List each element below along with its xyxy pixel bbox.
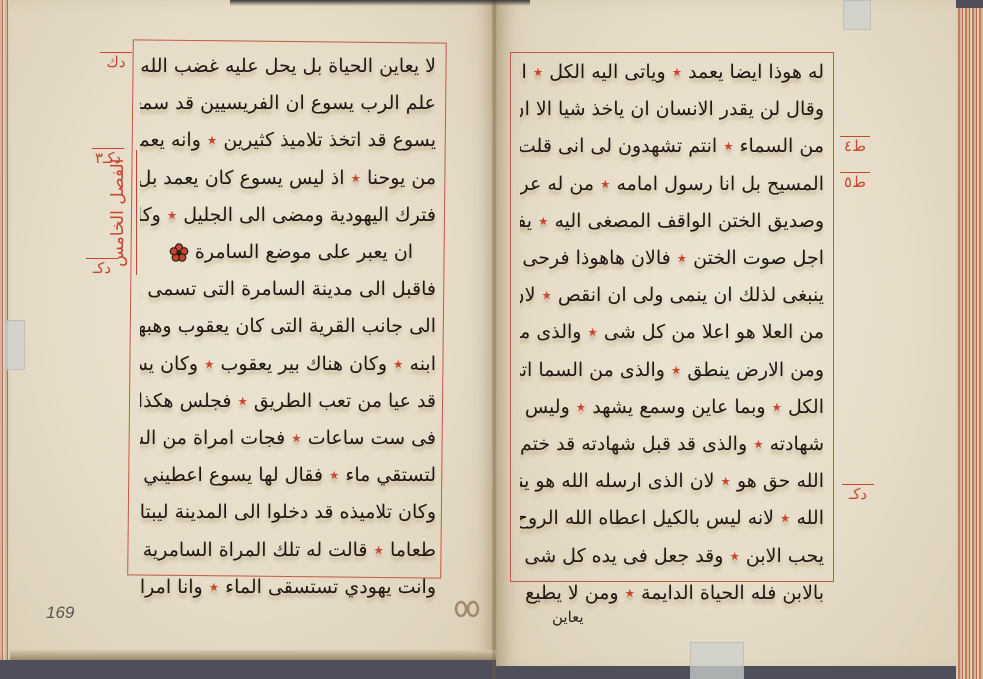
text-line: الى جانب القرية التى كان يعقوب وهبها ليو…: [140, 308, 436, 345]
verse-marker: ٭: [393, 353, 403, 375]
text-line-with-rosette: ان يعبر على موضع السامرة: [140, 234, 436, 271]
fore-edge: [956, 8, 983, 679]
margin-note: دكـ: [842, 484, 874, 502]
verse-marker: ٭: [576, 396, 586, 418]
verse-marker: ٭: [351, 167, 361, 189]
margin-note: ط٥: [840, 172, 870, 190]
text-line: وكان تلاميذه قد دخلوا الى المدينة ليبتاع…: [140, 494, 436, 531]
text-line: وقال لن يقدر الانسان ان ياخذ شيا الا ان …: [520, 91, 824, 128]
verse-marker: ٭: [207, 129, 217, 151]
text-line: لا يعاين الحياة بل يحل عليه غضب الله ٭ و…: [140, 48, 436, 85]
verse-marker: ٭: [541, 284, 551, 306]
text-line: وانت يهودي تستسقى الماء ٭ وانا امراة سام…: [140, 569, 436, 606]
text-line: ينبغى لذلك ان ينمى ولى ان انقص ٭ لان الذ…: [520, 277, 824, 314]
text-line: الله ٭ لانه ليس بالكيل اعطاه الله الروح …: [520, 500, 824, 537]
text-line: وصديق الختن الواقف المصغى اليه ٭ يفرح فر…: [520, 203, 824, 240]
chapter-heading: الفصل الخامس: [108, 150, 137, 275]
text-line: علم الرب يسوع ان الفريسيين قد سمعوا ان: [140, 85, 436, 122]
verse-marker: ٭: [600, 173, 610, 195]
text-segment: ان يعبر على موضع السامرة: [195, 241, 413, 263]
verse-marker: ٭: [625, 582, 635, 604]
sewing-thread-icon: [454, 600, 480, 618]
text-line: من يوحنا ٭ اذ ليس يسوع كان يعمد بل تلامي…: [140, 160, 436, 197]
top-shadow: [230, 0, 530, 6]
left-page-text: لا يعاين الحياة بل يحل عليه غضب الله ٭ و…: [140, 48, 436, 606]
verse-marker: ٭: [167, 204, 177, 226]
text-line: طعاما ٭ قالت له تلك المراة السامرية ٭ كي…: [140, 532, 436, 569]
verse-marker: ٭: [374, 539, 384, 561]
verse-marker: ٭: [538, 210, 548, 232]
verse-marker: ٭: [533, 61, 543, 83]
verse-marker: ٭: [753, 433, 763, 455]
text-line: قد عيا من تعب الطريق ٭ فجلس هكذا على الب…: [140, 383, 436, 420]
verse-marker: ٭: [209, 576, 219, 598]
verse-marker: ٭: [671, 359, 681, 381]
tape-strip: [690, 642, 744, 679]
verse-marker: ٭: [780, 507, 790, 529]
verse-marker: ٭: [291, 427, 301, 449]
verse-marker: ٭: [677, 247, 687, 269]
text-line: اجل صوت الختن ٭ فالان هاهوذا فرحى قد تم …: [520, 240, 824, 277]
margin-note: دك: [100, 52, 132, 70]
text-line: من السماء ٭ انتم تشهدون لى انى قلت لكم ا…: [520, 128, 824, 165]
text-line: فاقبل الى مدينة السامرة التى تسمى سوخار: [140, 271, 436, 308]
verse-marker: ٭: [721, 470, 731, 492]
catchword: يعاين: [552, 608, 584, 626]
margin-note: ط٤: [840, 136, 870, 154]
left-page-bottom-edge: [0, 650, 496, 660]
text-line: ومن الارض ينطق ٭ والذى من السما اتى هو ف…: [520, 352, 824, 389]
text-line: ابنه ٭ وكان هناك بير يعقوب ٭ وكان يسوع: [140, 346, 436, 383]
text-line: له هوذا ايضا يعمد ٭ وياتى اليه الكل ٭ اج…: [520, 54, 824, 91]
text-line: بالابن فله الحياة الدايمة ٭ ومن لا يطيع …: [520, 575, 824, 612]
text-line: من العلا هو اعلا من كل شى ٭ والذى من الا…: [520, 314, 824, 351]
text-line: الكل ٭ وبما عاين وسمع يشهد ٭ وليس يقبل ا…: [520, 389, 824, 426]
open-manuscript: لا يعاين الحياة بل يحل عليه غضب الله ٭ و…: [0, 0, 983, 679]
tape-strip: [843, 0, 871, 30]
text-line: لتستقي ماء ٭ فقال لها يسوع اعطيني اشرب: [140, 457, 436, 494]
verse-marker: ٭: [329, 464, 339, 486]
text-line: يسوع قد اتخذ تلاميذ كثيرين ٭ وانه يعمد ا…: [140, 122, 436, 159]
text-line: يحب الابن ٭ وقد جعل فى يده كل شى ٭ ومن ي…: [520, 538, 824, 575]
text-line: فترك اليهودية ومضى الى الجليل ٭ وكان قد …: [140, 197, 436, 234]
verse-marker: ٭: [204, 353, 214, 375]
right-page-text: له هوذا ايضا يعمد ٭ وياتى اليه الكل ٭ اج…: [520, 54, 824, 612]
gutter: [491, 0, 497, 679]
folio-number: 169: [46, 603, 74, 623]
verse-marker: ٭: [772, 396, 782, 418]
verse-marker: ٭: [238, 390, 248, 412]
text-line: شهادته ٭ والذى قد قبل شهادته قد ختم ان: [520, 426, 824, 463]
tape-strip: [5, 320, 25, 370]
verse-marker: ٭: [672, 61, 682, 83]
text-line: المسيح بل انا رسول امامه ٭ من له عروس فه…: [520, 166, 824, 203]
verse-marker: ٭: [588, 321, 598, 343]
text-line: فى ست ساعات ٭ فجات امراة من السامرة: [140, 420, 436, 457]
rosette-ornament-icon: [169, 243, 189, 263]
verse-marker: ٭: [729, 545, 739, 567]
verse-marker: ٭: [723, 135, 733, 157]
text-line: الله حق هو ٭ لان الذى ارسله الله هو ينطق…: [520, 463, 824, 500]
